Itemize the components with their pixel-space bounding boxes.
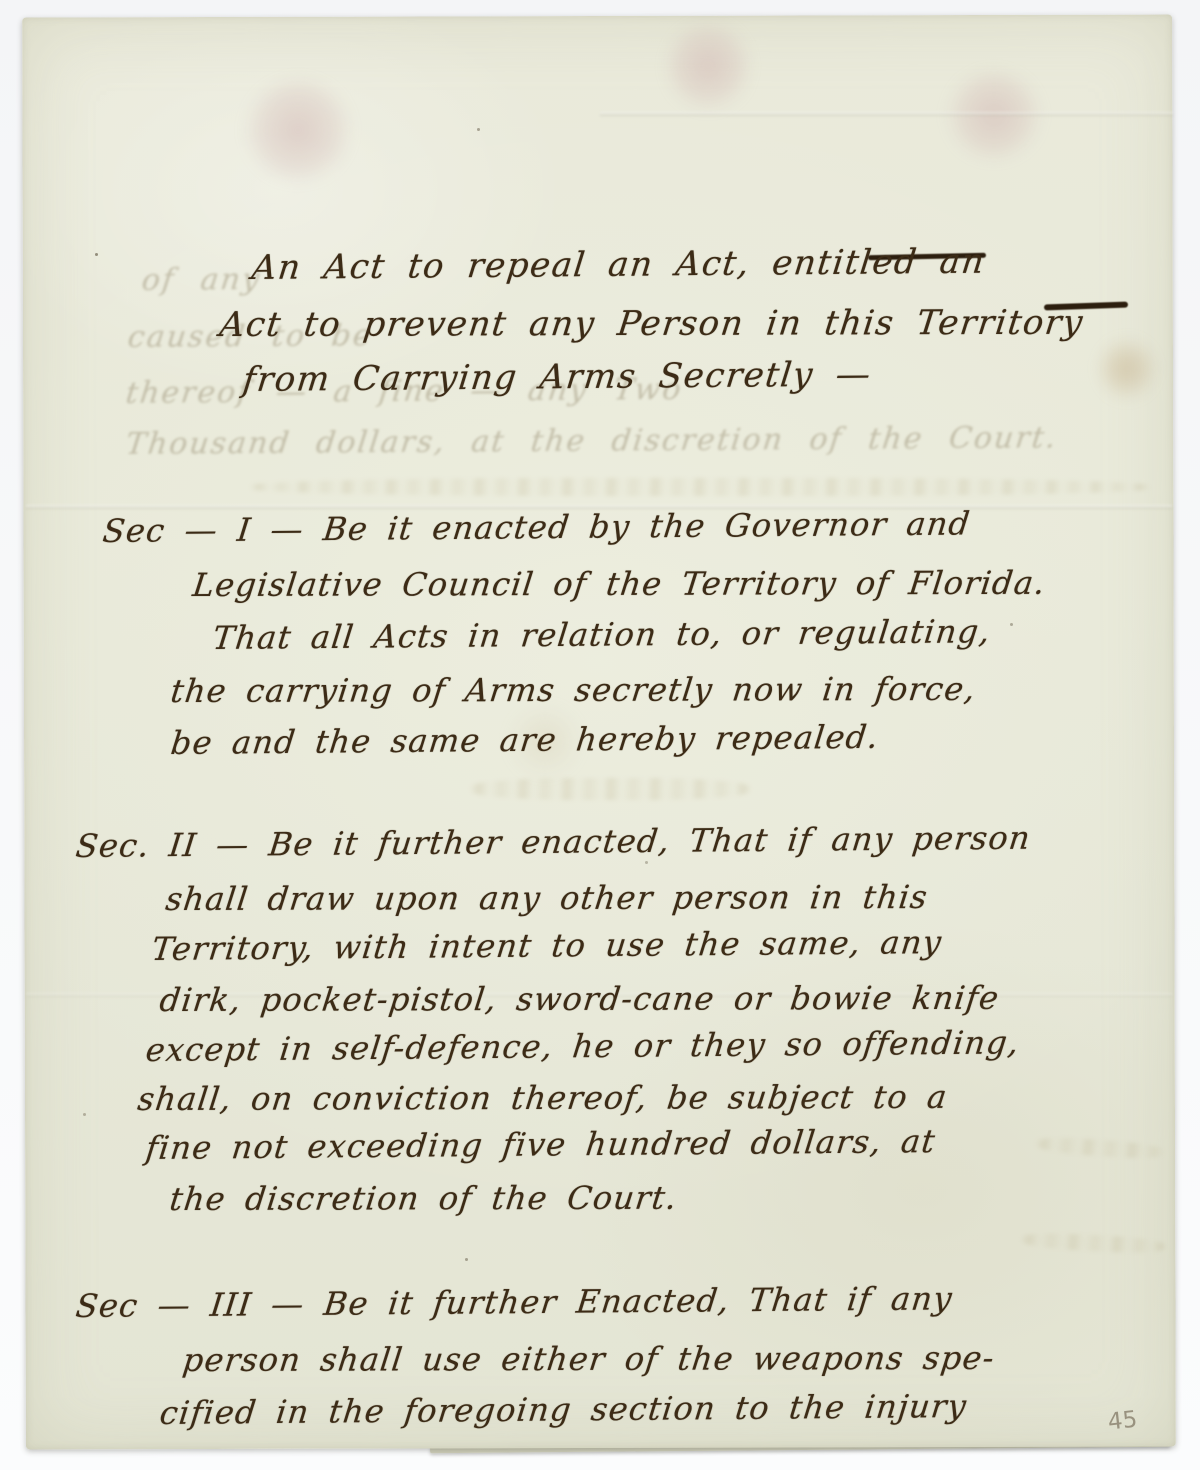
paper-specks <box>95 253 98 256</box>
title-line: from Carrying Arms Secretly — <box>241 355 874 400</box>
section-ii-line: shall draw upon any other person in this <box>164 878 931 918</box>
section-ii-line: Territory, with intent to use the same, … <box>150 923 944 968</box>
section-iii-line: Sec — III — Be it further Enacted, That … <box>74 1279 955 1325</box>
section-ii-line: fine not exceeding five hundred dollars,… <box>144 1122 938 1167</box>
section-iii-line: cified in the foregoing section to the i… <box>158 1387 969 1432</box>
section-ii-line: except in self-defence, he or they so of… <box>144 1023 1022 1069</box>
section-i-line: the carrying of Arms secretly now in for… <box>169 670 979 710</box>
section-i-line: be and the same are hereby repealed. <box>169 718 881 762</box>
section-i-line: That all Acts in relation to, or regulat… <box>211 612 993 657</box>
section-ii-line: dirk, pocket-pistol, sword-cane or bowie… <box>158 979 1002 1019</box>
section-iii-line: person shall use either of the weapons s… <box>181 1339 997 1379</box>
title-line: Act to prevent any Person in this Territ… <box>218 303 1086 345</box>
title-line: An Act to repeal an Act, entitled an <box>250 242 988 288</box>
section-ii-line: the discretion of the Court. <box>168 1179 680 1218</box>
section-i-line: Sec — I — Be it enacted by the Governor … <box>101 504 973 550</box>
page-number-pencil: 45 <box>1107 1407 1139 1436</box>
section-ii-line: shall, on conviction thereof, be subject… <box>136 1078 950 1118</box>
section-i-line: Legislative Council of the Territory of … <box>191 564 1048 604</box>
